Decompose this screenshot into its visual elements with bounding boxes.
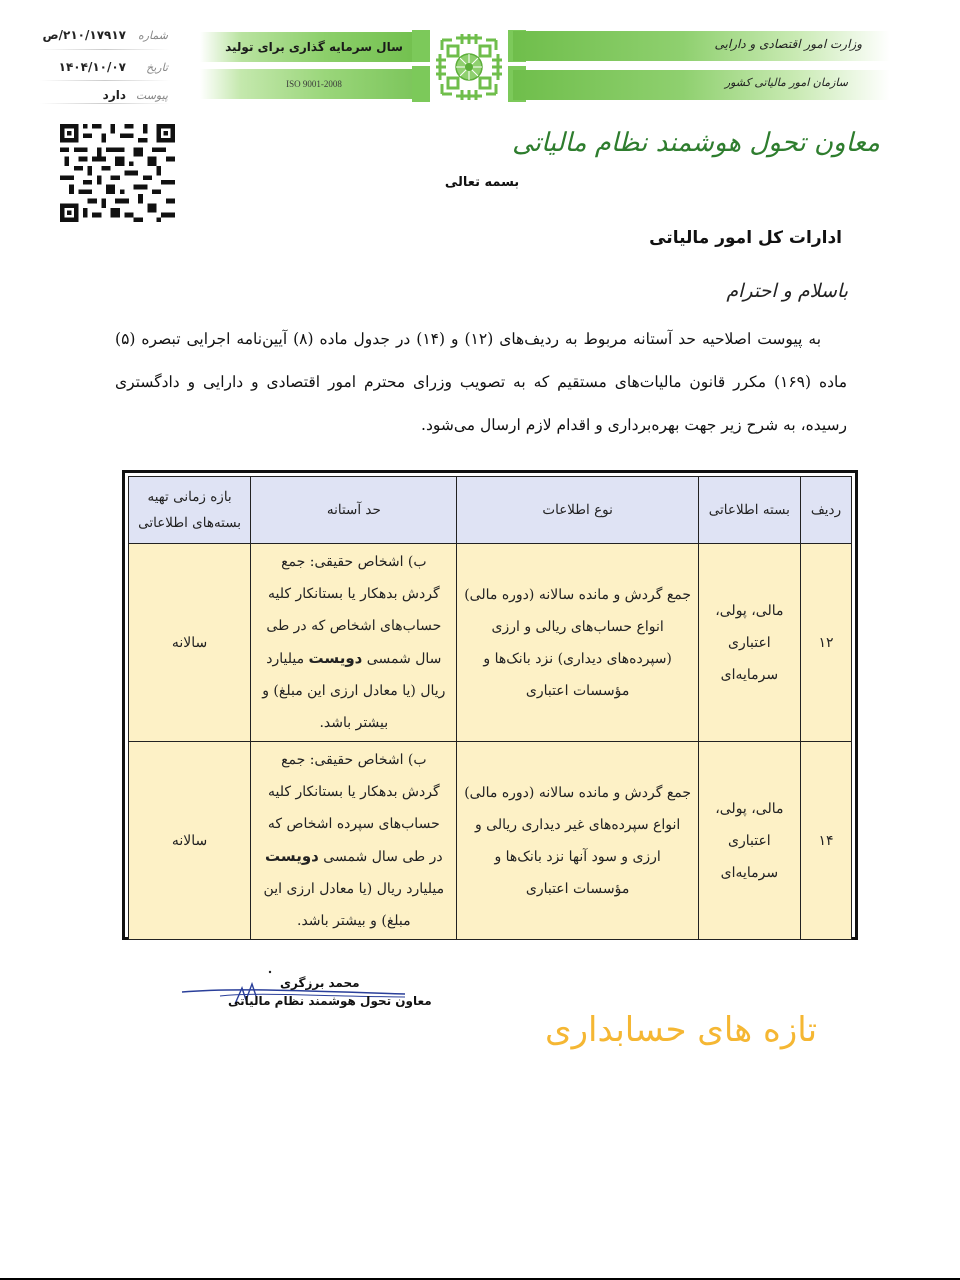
cell-text: (سپرده‌های دیداری) نزد بانک‌ها و	[463, 643, 691, 675]
meta-date-label: تاریخ	[138, 61, 168, 74]
iso-text: ISO 9001-2008	[286, 79, 342, 89]
ministry-banner: وزارت امور اقتصادی و دارایی	[513, 31, 890, 61]
slogan-banner: سال سرمایه گذاری برای تولید	[200, 32, 428, 62]
header-period-line: بسته‌های اطلاعاتی	[135, 510, 244, 536]
tax-organization-logo-icon	[432, 30, 506, 104]
cell-text: در طی سال شمسی	[323, 849, 442, 865]
cell-text: ب) اشخاص حقیقی: جمع	[257, 744, 450, 776]
cell-row-no: ۱۲	[800, 544, 851, 742]
table-row: ۱۴ مالی، پولی، اعتباری سرمایه‌ای جمع گرد…	[129, 742, 852, 940]
cell-text: مبلغ) و بیشتر باشد.	[257, 905, 450, 937]
threshold-table: ردیف بسته اطلاعاتی نوع اطلاعات حد آستانه…	[122, 470, 858, 940]
letter-body-paragraph: به پیوست اصلاحیه حد آستانه مربوط به ردیف…	[115, 318, 847, 447]
table-row: ۱۲ مالی، پولی، اعتباری سرمایه‌ای جمع گرد…	[129, 544, 852, 742]
meta-number-value: ۲۱۰/۱۷۹۱۷/ص	[42, 28, 126, 42]
ministry-text: وزارت امور اقتصادی و دارایی	[715, 37, 862, 51]
cell-text: در طی سال شمسی دویست	[257, 840, 450, 873]
cell-text: انواع سپرده‌های غیر دیداری ریالی و	[463, 809, 691, 841]
recipient: ادارات کل امور مالیاتی	[649, 228, 842, 248]
letter-body: به پیوست اصلاحیه حد آستانه مربوط به ردیف…	[115, 318, 847, 447]
signature-stroke-icon	[180, 966, 410, 1016]
cell-period: سالانه	[129, 742, 251, 940]
divider	[40, 80, 170, 81]
amount-emphasis: دویست	[309, 649, 363, 667]
cell-text: میلیارد ریال (یا معادل ارزی این	[257, 873, 450, 905]
watermark: تازه های حسابداری	[545, 1010, 817, 1050]
cell-package: مالی، پولی، اعتباری سرمایه‌ای	[698, 742, 800, 940]
cell-text: گردش بدهکار یا بستانکار کلیه	[257, 578, 450, 610]
cell-text: اعتباری	[705, 825, 794, 857]
meta-date-value: ۱۴۰۴/۱۰/۰۷	[59, 60, 126, 74]
decor-block	[412, 30, 430, 62]
cell-text: گردش بدهکار یا بستانکار کلیه	[257, 776, 450, 808]
cell-info-type: جمع گردش و مانده سالانه (دوره مالی) انوا…	[457, 742, 698, 940]
cell-text: سرمایه‌ای	[705, 857, 794, 889]
cell-text: مؤسسات اعتباری	[463, 675, 691, 707]
cell-package: مالی، پولی، اعتباری سرمایه‌ای	[698, 544, 800, 742]
cell-text: حساب‌های اشخاص که در طی	[257, 610, 450, 642]
slogan-text: سال سرمایه گذاری برای تولید	[225, 40, 403, 54]
cell-text: مالی، پولی،	[705, 793, 794, 825]
cell-text: بیشتر باشد.	[257, 707, 450, 739]
header-period-line: بازه زمانی تهیه	[135, 484, 244, 510]
header-package: بسته اطلاعاتی	[698, 477, 800, 544]
cell-text: سرمایه‌ای	[705, 659, 794, 691]
header-info-type: نوع اطلاعات	[457, 477, 698, 544]
cell-row-no: ۱۴	[800, 742, 851, 940]
cell-text: میلیارد	[266, 651, 304, 667]
cell-text: ارزی و سود آنها نزد بانک‌ها و	[463, 841, 691, 873]
meta-attachment-label: پیوست	[138, 89, 168, 102]
cell-info-type: جمع گردش و مانده سالانه (دوره مالی) انوا…	[457, 544, 698, 742]
greeting: باسلام و احترام	[726, 280, 848, 302]
cell-text: ب) اشخاص حقیقی: جمع	[257, 546, 450, 578]
header-threshold: حد آستانه	[251, 477, 457, 544]
meta-number-row: شماره ۲۱۰/۱۷۹۱۷/ص	[40, 28, 168, 42]
cell-period: سالانه	[129, 544, 251, 742]
header-row-no: ردیف	[800, 477, 851, 544]
iso-banner: ISO 9001-2008	[200, 69, 428, 99]
cell-text: حساب‌های سپرده اشخاص که	[257, 808, 450, 840]
cell-threshold: ب) اشخاص حقیقی: جمع گردش بدهکار یا بستان…	[251, 544, 457, 742]
cell-text: مؤسسات اعتباری	[463, 873, 691, 905]
cell-text: انواع حساب‌های ریالی و ارزی	[463, 611, 691, 643]
signatory-title: معاون تحول هوشمند نظام مالیاتی	[228, 994, 432, 1008]
bismillah: بسمه تعالی	[440, 175, 524, 190]
signatory-name: محمد برزگری	[280, 976, 360, 990]
qr-code-icon	[60, 124, 175, 222]
cell-text: سال شمسی دویست میلیارد	[257, 642, 450, 675]
meta-date-row: تاریخ ۱۴۰۴/۱۰/۰۷	[40, 60, 168, 74]
divider	[40, 103, 170, 104]
organization-text: سازمان امور مالیاتی کشور	[725, 76, 848, 89]
cell-text: سال شمسی	[367, 651, 442, 667]
cell-text: ریال (یا معادل ارزی این مبلغ) و	[257, 675, 450, 707]
cell-text: اعتباری	[705, 627, 794, 659]
organization-banner: سازمان امور مالیاتی کشور	[513, 70, 890, 100]
header-period: بازه زمانی تهیه بسته‌های اطلاعاتی	[129, 477, 251, 544]
meta-attachment-row: پیوست دارد	[40, 88, 168, 102]
decor-block	[412, 66, 430, 102]
meta-number-label: شماره	[138, 29, 168, 42]
table-header-row: ردیف بسته اطلاعاتی نوع اطلاعات حد آستانه…	[129, 477, 852, 544]
meta-attachment-value: دارد	[103, 88, 126, 102]
amount-emphasis: دویست	[265, 847, 319, 865]
divider	[40, 49, 170, 50]
cell-threshold: ب) اشخاص حقیقی: جمع گردش بدهکار یا بستان…	[251, 742, 457, 940]
cell-text: مالی، پولی،	[705, 595, 794, 627]
cell-text: جمع گردش و مانده سالانه (دوره مالی)	[463, 777, 691, 809]
deputy-title: معاون تحول هوشمند نظام مالیاتی	[512, 128, 880, 158]
cell-text: جمع گردش و مانده سالانه (دوره مالی)	[463, 579, 691, 611]
